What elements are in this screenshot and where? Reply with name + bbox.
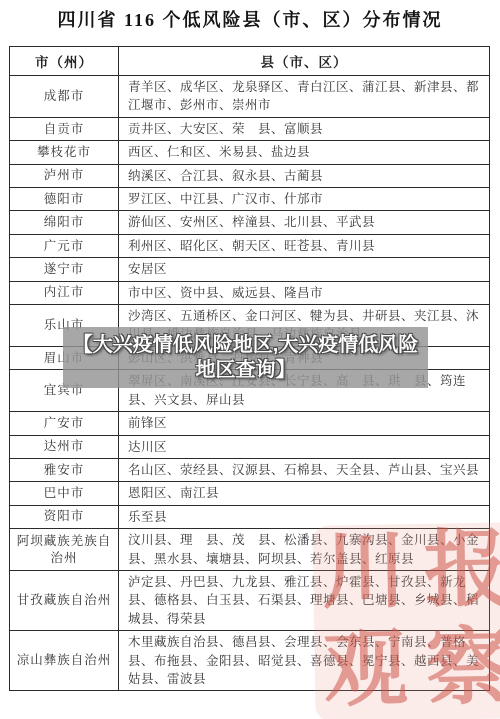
city-cell: 广安市 [10,412,119,435]
counties-cell: 市中区、资中县、威远县、隆昌市 [119,281,490,304]
table-row: 甘孜藏族自治州 泸定县、丹巴县、九龙县、雅江县、炉霍县、甘孜县、新龙县、德格县、… [10,570,490,630]
table-row: 资阳市 乐至县 [10,505,490,528]
table-row: 成都市 青羊区、成华区、龙泉驿区、青白江区、蒲江县、新津县、都江堰市、彭州市、崇… [10,76,490,118]
city-cell: 达州市 [10,435,119,458]
table-row: 广安市 前锋区 [10,412,490,435]
table-row: 德阳市 罗江区、中江县、广汉市、什邡市 [10,188,490,211]
table-row: 阿坝藏族羌族自治州 汶川县、理 县、茂 县、松潘县、九寨沟县、金川县、小金县、黑… [10,529,490,571]
table-row: 雅安市 名山区、荥经县、汉源县、石棉县、天全县、芦山县、宝兴县 [10,458,490,481]
counties-cell: 乐至县 [119,505,490,528]
page-title: 四川省 116 个低风险县（市、区）分布情况 [0,6,500,32]
city-cell: 甘孜藏族自治州 [10,570,119,630]
counties-cell: 安居区 [119,258,490,281]
table-header-row: 市（州） 县（市、区） [10,47,490,76]
counties-cell: 泸定县、丹巴县、九龙县、雅江县、炉霍县、甘孜县、新龙县、德格县、白玉县、石渠县、… [119,570,490,630]
table-row: 泸州市 纳溪区、合江县、叙永县、古蔺县 [10,164,490,187]
counties-cell: 汶川县、理 县、茂 县、松潘县、九寨沟县、金川县、小金县、黑水县、壤塘县、阿坝县… [119,529,490,571]
counties-cell: 青羊区、成华区、龙泉驿区、青白江区、蒲江县、新津县、都江堰市、彭州市、崇州市 [119,76,490,118]
city-cell: 凉山彝族自治州 [10,631,119,691]
counties-cell: 纳溪区、合江县、叙永县、古蔺县 [119,164,490,187]
table-row: 凉山彝族自治州 木里藏族自治县、德昌县、会理县、会东县、宁南县、普格县、布拖县、… [10,631,490,691]
counties-cell: 达川区 [119,435,490,458]
city-cell: 成都市 [10,76,119,118]
counties-cell: 贡井区、大安区、荣 县、富顺县 [119,117,490,140]
counties-cell: 利州区、昭化区、朝天区、旺苍县、青川县 [119,234,490,257]
counties-cell: 木里藏族自治县、德昌县、会理县、会东县、宁南县、普格县、布拖县、金阳县、昭觉县、… [119,631,490,691]
counties-cell: 西区、仁和区、米易县、盐边县 [119,141,490,164]
table-row: 绵阳市 游仙区、安州区、梓潼县、北川县、平武县 [10,211,490,234]
counties-cell: 游仙区、安州区、梓潼县、北川县、平武县 [119,211,490,234]
counties-column-header: 县（市、区） [119,47,490,76]
city-cell: 德阳市 [10,188,119,211]
table-row: 遂宁市 安居区 [10,258,490,281]
city-cell: 泸州市 [10,164,119,187]
table-row: 自贡市 贡井区、大安区、荣 县、富顺县 [10,117,490,140]
city-cell: 自贡市 [10,117,119,140]
city-cell: 遂宁市 [10,258,119,281]
table-row: 广元市 利州区、昭化区、朝天区、旺苍县、青川县 [10,234,490,257]
city-cell: 攀枝花市 [10,141,119,164]
table-row: 巴中市 恩阳区、南江县 [10,482,490,505]
overlay-watermark-text: 【大兴疫情低风险地区,大兴疫情低风险地区查询】 [63,333,428,383]
city-cell: 阿坝藏族羌族自治州 [10,529,119,571]
counties-cell: 名山区、荥经县、汉源县、石棉县、天全县、芦山县、宝兴县 [119,458,490,481]
city-cell: 内江市 [10,281,119,304]
gray-watermark-banner: 【大兴疫情低风险地区,大兴疫情低风险地区查询】 [63,327,428,388]
counties-cell: 前锋区 [119,412,490,435]
city-cell: 雅安市 [10,458,119,481]
table-row: 攀枝花市 西区、仁和区、米易县、盐边县 [10,141,490,164]
city-cell: 绵阳市 [10,211,119,234]
city-column-header: 市（州） [10,47,119,76]
table-row: 达州市 达川区 [10,435,490,458]
city-cell: 广元市 [10,234,119,257]
counties-cell: 恩阳区、南江县 [119,482,490,505]
city-cell: 资阳市 [10,505,119,528]
table-row: 内江市 市中区、资中县、威远县、隆昌市 [10,281,490,304]
counties-cell: 罗江区、中江县、广汉市、什邡市 [119,188,490,211]
city-cell: 巴中市 [10,482,119,505]
document-page: 四川省 116 个低风险县（市、区）分布情况 市（州） 县（市、区） 成都市 青… [0,0,500,719]
